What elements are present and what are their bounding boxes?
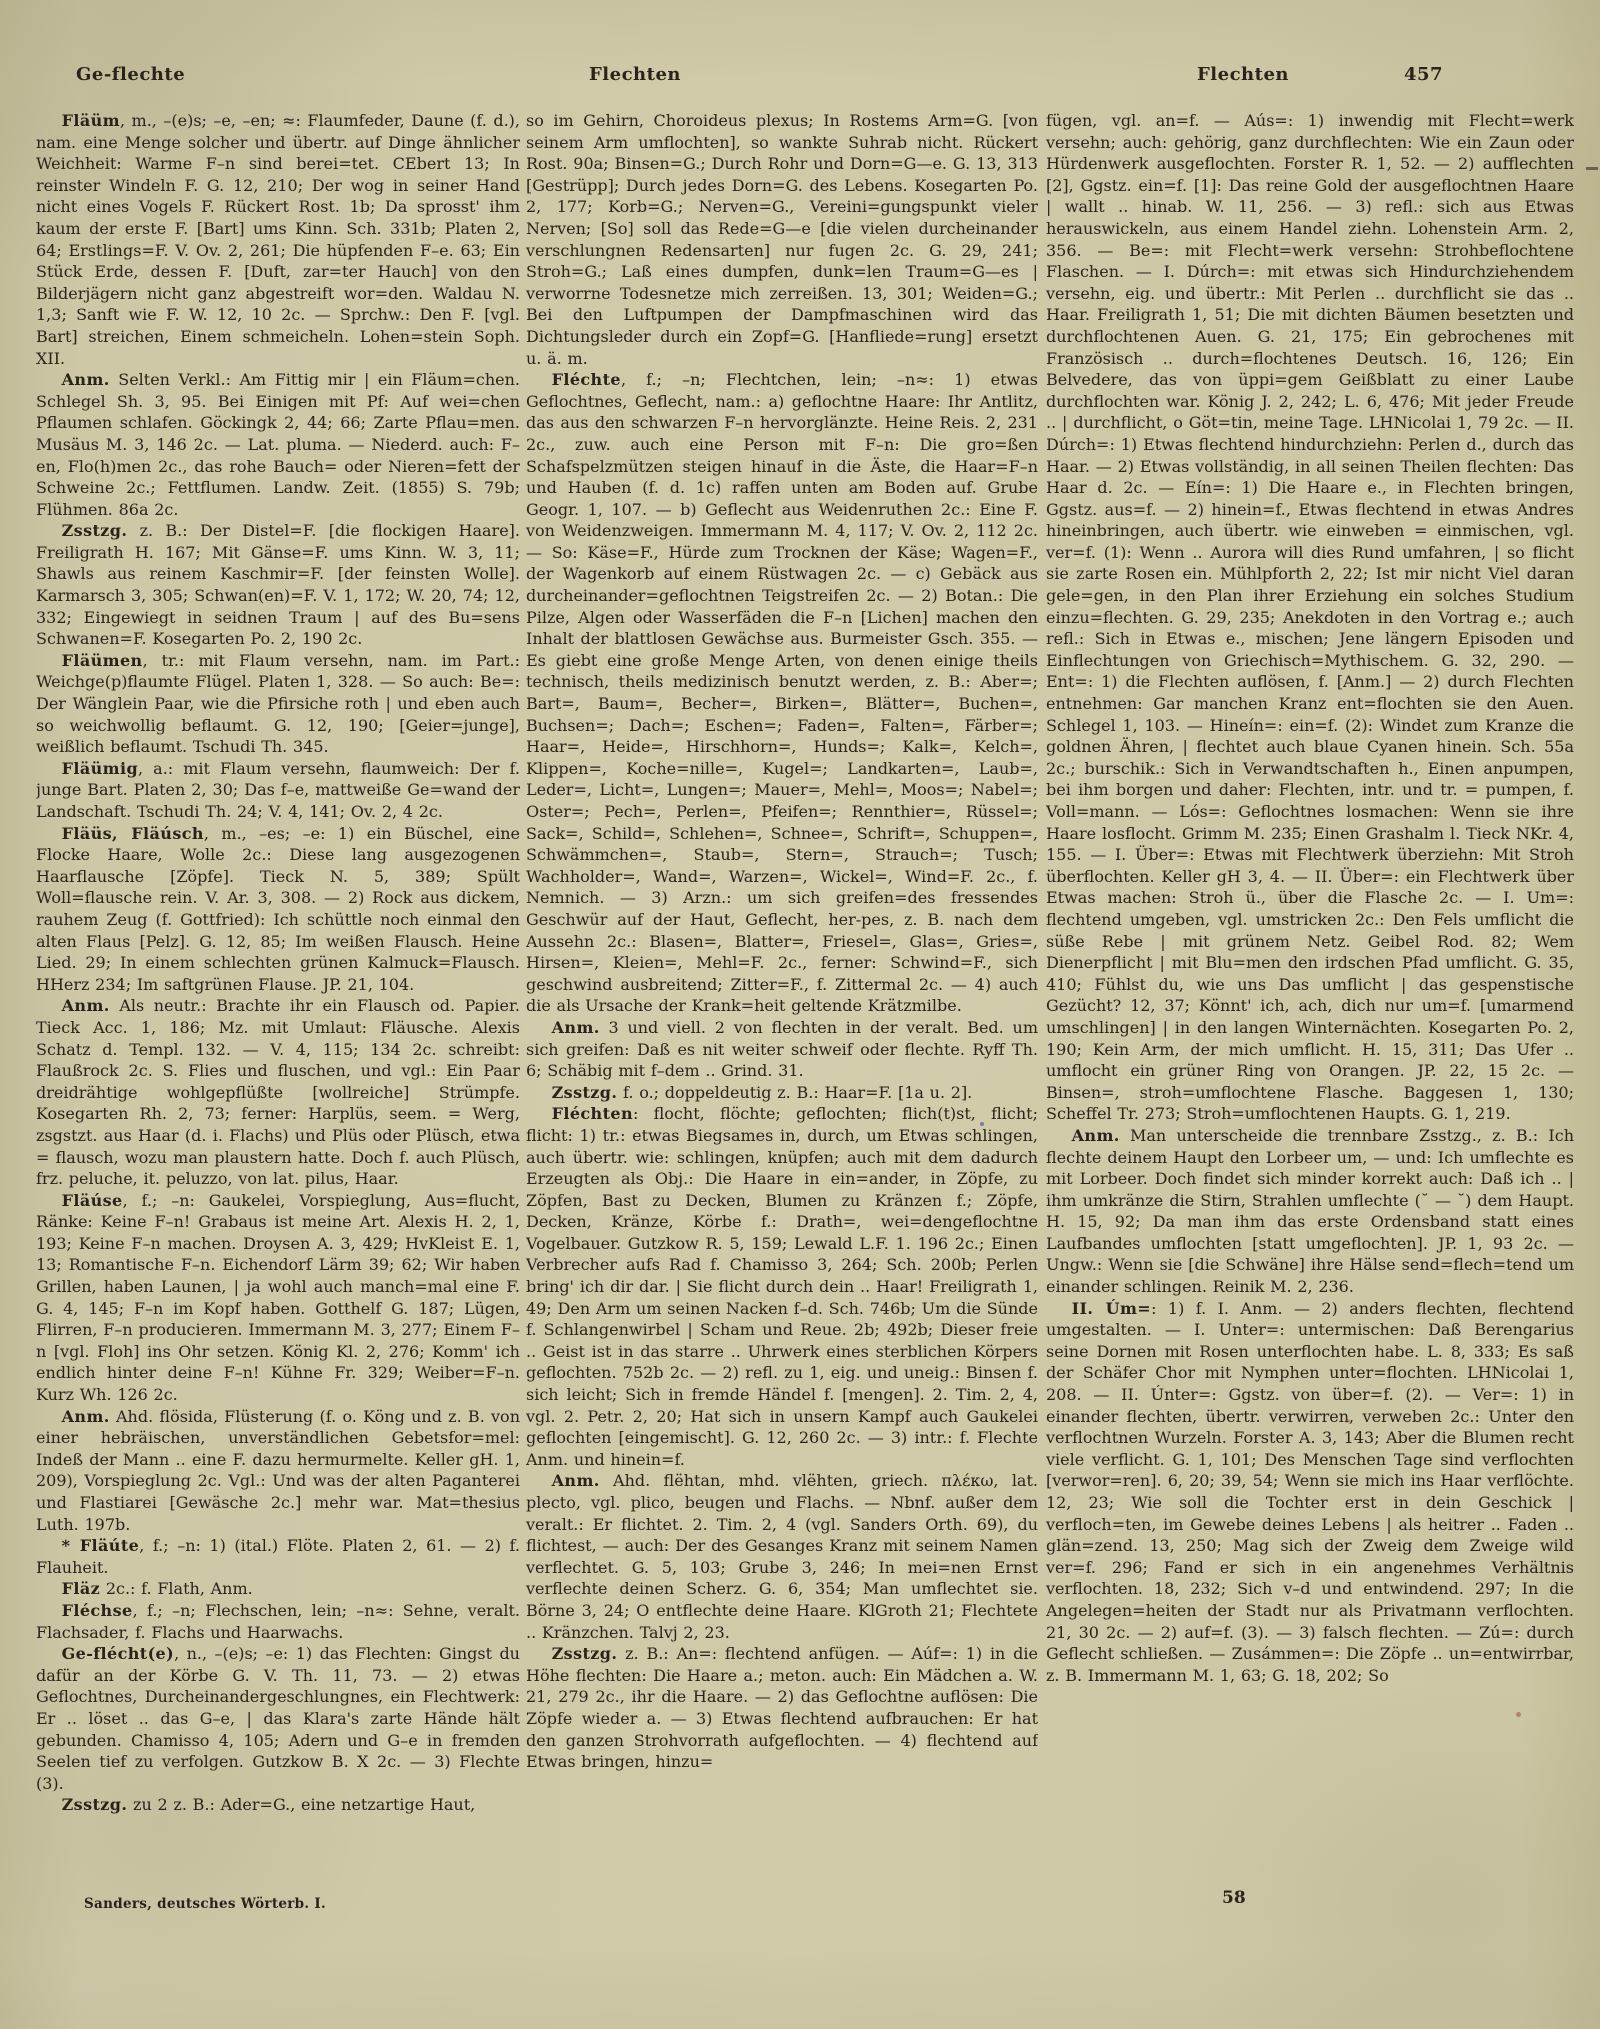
entry-paragraph: Fläúse, f.; –n: Gaukelei, Vorspieglung, … — [36, 1190, 520, 1406]
headword: * Fläúte — [62, 1536, 140, 1555]
headword: Fläüs, Fläúsch — [62, 824, 204, 843]
catchword-center: Flechten — [589, 64, 681, 85]
entry-paragraph: Anm. Man unterscheide die trennbare Zsst… — [1046, 1125, 1574, 1298]
headword: Anm. — [1072, 1126, 1120, 1145]
headword: Fléchten — [552, 1104, 633, 1123]
headword: Fläüm — [62, 111, 120, 130]
entry-paragraph: Anm. Als neutr.: Brachte ihr ein Flausch… — [36, 995, 520, 1189]
column-2: so im Gehirn, Choroideus plexus; In Rost… — [526, 110, 1038, 1896]
margin-mark — [1586, 167, 1598, 170]
entry-paragraph: II. Úm=: 1) f. I. Anm. — 2) anders flech… — [1046, 1298, 1574, 1687]
headword: Fläümen — [62, 651, 143, 670]
entry-paragraph: Fléchten: flocht, flöchte; geflochten; f… — [526, 1103, 1038, 1470]
continuation-paragraph: so im Gehirn, Choroideus plexus; In Rost… — [526, 110, 1038, 369]
volume-signature: Sanders, deutsches Wörterb. I. — [84, 1896, 326, 1912]
headword: Ge-flécht(e) — [62, 1644, 175, 1663]
entry-paragraph: Fläümig, a.: mit Flaum versehn, flaumwei… — [36, 758, 520, 823]
headword: Fläz — [62, 1579, 101, 1598]
entry-paragraph: Fläüm, m., –(e)s; –e, –en; ≈: Flaumfeder… — [36, 110, 520, 369]
entry-paragraph: Anm. Ahd. flëhtan, mhd. vlëhten, griech.… — [526, 1470, 1038, 1643]
headword: Anm. — [62, 370, 110, 389]
entry-paragraph: Fléchse, f.; –n; Flechschen, lein; –n≈: … — [36, 1600, 520, 1643]
headword: II. Úm= — [1072, 1299, 1152, 1318]
headword: Anm. — [62, 996, 110, 1015]
headword: Anm. — [552, 1471, 600, 1490]
headword: Zsstzg. — [62, 1795, 128, 1814]
entry-paragraph: Anm. Ahd. flösida, Flüsterung (f. o. Kön… — [36, 1406, 520, 1536]
entry-paragraph: Fläümen, tr.: mit Flaum versehn, nam. im… — [36, 650, 520, 758]
headword: Fläümig — [62, 759, 138, 778]
sheet-number: 58 — [1222, 1888, 1246, 1908]
entry-paragraph: Ge-flécht(e), n., –(e)s; –e: 1) das Flec… — [36, 1643, 520, 1794]
column-1: Fläüm, m., –(e)s; –e, –en; ≈: Flaumfeder… — [36, 110, 520, 1896]
entry-paragraph: Fléchte, f.; –n; Flechtchen, lein; –n≈: … — [526, 369, 1038, 1017]
headword: Fléchse — [62, 1601, 133, 1620]
entry-paragraph: Zsstzg. z. B.: An=: flechtend anfügen. —… — [526, 1643, 1038, 1773]
dictionary-page: Ge-flechte Flechten Flechten 457 Fläüm, … — [0, 0, 1600, 2029]
entry-paragraph: * Fläúte, f.; –n: 1) (ital.) Flöte. Plat… — [36, 1535, 520, 1578]
entry-paragraph: Zsstzg. z. B.: Der Distel=F. [die flocki… — [36, 520, 520, 650]
headword: Anm. — [62, 1407, 110, 1426]
catchword-left: Ge-flechte — [76, 64, 185, 85]
entry-paragraph: Fläz 2c.: f. Flath, Anm. — [36, 1578, 520, 1600]
page-number: 457 — [1404, 64, 1443, 85]
entry-paragraph: Zsstzg. f. o.; doppeldeutig z. B.: Haar=… — [526, 1082, 1038, 1104]
entry-paragraph: Anm. Selten Verkl.: Am Fittig mir | ein … — [36, 369, 520, 520]
headword: Fläúse — [62, 1191, 123, 1210]
column-3: fügen, vgl. an=f. — Aús=: 1) inwendig mi… — [1046, 110, 1574, 1896]
entry-paragraph: Zsstzg. zu 2 z. B.: Ader=G., eine netzar… — [36, 1794, 520, 1816]
headword: Fléchte — [552, 370, 621, 389]
headword: Zsstzg. — [62, 521, 128, 540]
headword: Zsstzg. — [552, 1644, 618, 1663]
catchword-right: Flechten — [1197, 64, 1289, 85]
headword: Zsstzg. — [552, 1083, 618, 1102]
entry-paragraph: Fläüs, Fläúsch, m., –es; –e: 1) ein Büsc… — [36, 823, 520, 996]
headword: Anm. — [552, 1018, 600, 1037]
continuation-paragraph: fügen, vgl. an=f. — Aús=: 1) inwendig mi… — [1046, 110, 1574, 1125]
entry-paragraph: Anm. 3 und viell. 2 von flechten in der … — [526, 1017, 1038, 1082]
